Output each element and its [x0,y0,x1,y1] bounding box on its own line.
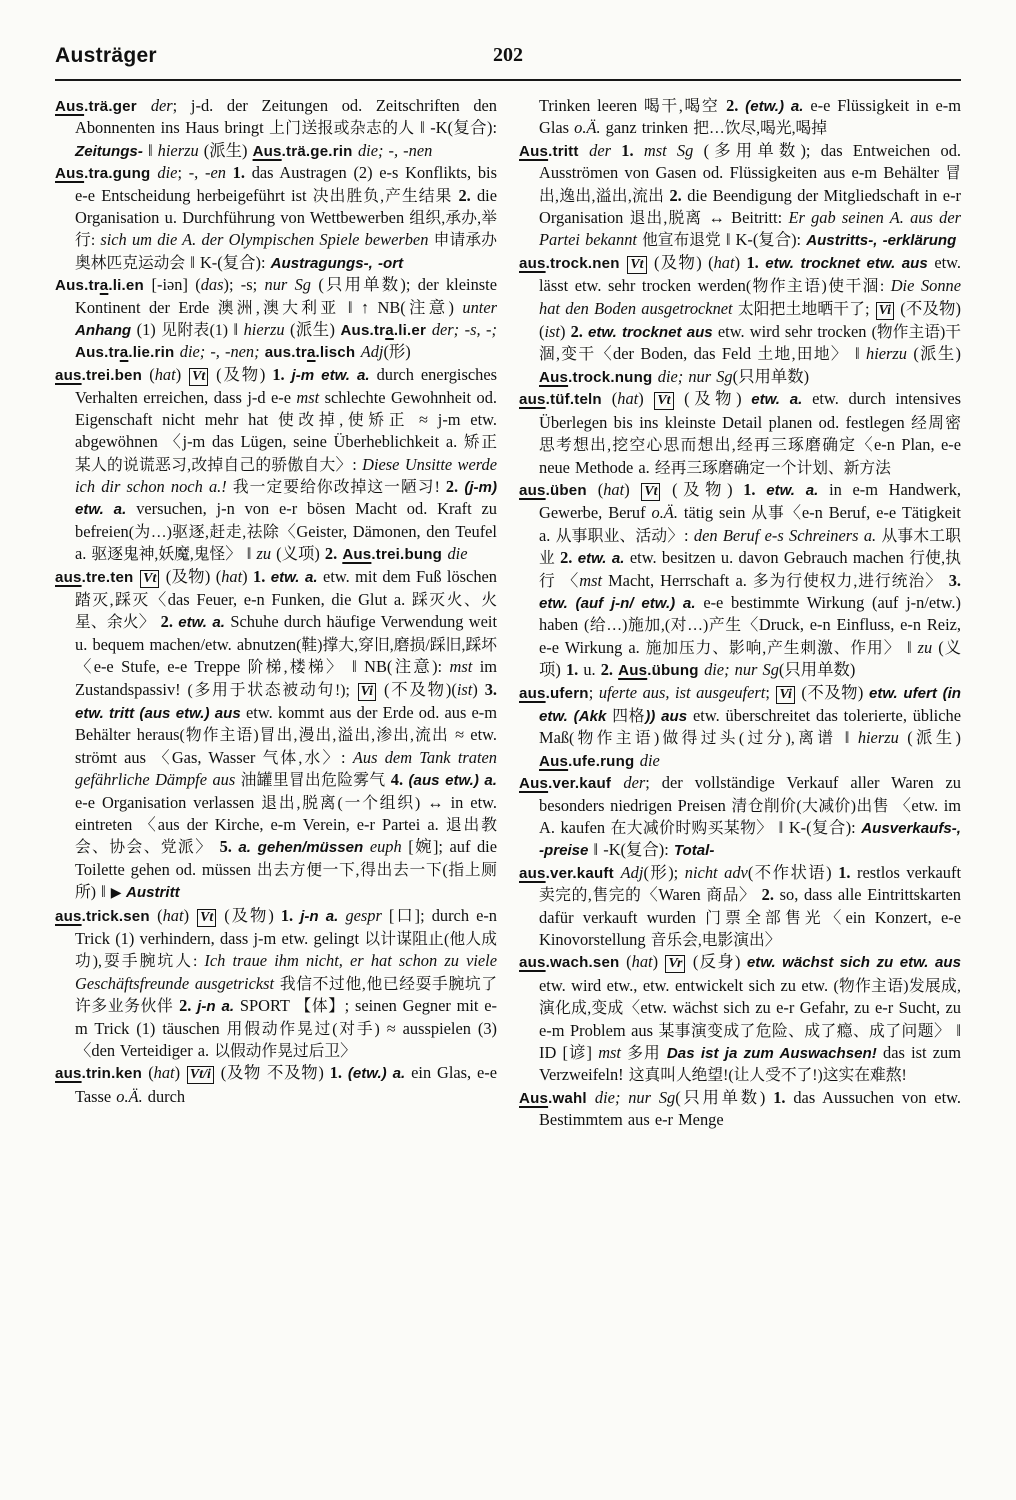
text-run: (及物) [217,906,281,925]
dict-entry-austragung: Aus.tra.gung die; -, -en 1. das Austrage… [55,162,497,274]
chinese-gloss: 我一定要给你改掉这一陋习! [233,479,446,496]
text-run: etw. a. [578,550,630,567]
grammar-box-label: Vt [140,570,159,588]
text-run: 2. [601,660,618,679]
text-run: 〉: [322,748,352,767]
grammar-box-label: Vi [358,683,376,701]
text-run: 5. [220,837,239,856]
text-run: 〉 [340,1041,356,1060]
headword: .trä.ge.rin [282,143,358,160]
text-run: Adj [621,863,644,882]
headword: .lie.rin [128,344,179,361]
headword: aus [519,685,546,702]
text-run: j-n a. [197,998,240,1015]
headword: Aus [342,546,371,563]
text-run: Austritt [126,884,180,901]
text-run: 2. [179,996,197,1015]
text-run: 〈Waren [641,885,706,904]
text-run: 1. [233,163,252,182]
text-run: hat [603,480,624,499]
text-run: 2. [446,477,464,496]
grammar-box-label: Vr [665,955,685,973]
text-run: (不作状语) [748,863,838,882]
headword: .trock.nung [568,369,658,386]
text-run: ) [176,365,188,384]
text-run: etw. trocknet etw. aus [765,255,934,272]
headword: Aus [253,143,282,160]
chinese-gloss: 气体,水 [263,750,323,767]
text-run: 〈das Feuer, e-n Funken, die Glut a. [150,590,412,609]
chinese-gloss: 以假动作晃过后卫 [214,1043,340,1060]
text-run: 〉 ‖ NB(注意): [326,657,449,676]
chinese-gloss: 门票全部售光 [705,910,825,927]
text-run: etw. wird sehr trocken [718,322,872,341]
chinese-gloss: 从事 [751,505,784,522]
chinese-gloss: 施加压力、影响,产生刺激、作用 [646,640,884,657]
text-run: zu [256,544,271,563]
text-run: o.Ä. [574,118,600,137]
chinese-gloss: 多用 [627,1045,667,1062]
text-run: 1. [621,141,644,160]
text-run: (aus etw.) a. [409,772,497,789]
headword: Aus [539,369,568,386]
right-column: Trinken leeren 喝干,喝空 2. (etw.) a. e-e Fl… [519,95,961,1131]
text-run: )) aus [645,708,693,725]
text-run: ist [544,322,560,341]
dict-entry-austritt: Aus.tritt der 1. mst Sg (多用单数); das Entw… [519,140,961,252]
text-run: ) [638,389,653,408]
chinese-gloss: (给…)施加,(对…)产生 [584,617,742,634]
text-run: o.Ä. [116,1087,142,1106]
text-run: hat [617,389,638,408]
chinese-gloss: 经再三琢磨确定一个计划、新方法 [655,460,891,477]
chinese-gloss: 某事演变成了危险、成了瘾、成了问题 [659,1023,934,1040]
text-run: ) [184,906,197,925]
headword: aus [519,482,546,499]
text-run: gespr [345,906,381,925]
text-run: euph [370,837,402,856]
page-header: Austräger 202 [55,44,961,74]
text-run: 2. [458,186,477,205]
headword: Aus.tr [75,344,120,361]
text-run: 〉: [667,526,693,545]
text-run: 1. [838,863,857,882]
headword: aus [519,255,546,272]
text-run: unter [462,298,497,317]
headword: aus.tr [265,344,307,361]
dict-entry-ausufern: aus.ufern; uferte aus, ist ausgeufert; V… [519,682,961,773]
text-run: ; -, [177,163,205,182]
chinese-gloss: (物作主语)使干涸: [746,278,891,295]
text-run: hierzu [858,728,899,747]
text-run: die; nur Sg [658,367,733,386]
text-run: (不及物) [796,683,869,702]
text-run: 〉 ‖ [225,544,256,563]
text-run: ‖ -K(复合): [415,118,497,137]
text-run: der [623,773,645,792]
headword: .tüf.teln [546,391,612,408]
headword: .trick.sen [82,908,158,925]
headword: .ufern [546,685,589,702]
page-number: 202 [55,44,961,67]
grammar-box-label: Vt [197,909,216,927]
dictionary-page: Austräger 202 Aus.trä.ger der; j-d. der … [0,0,1016,1131]
headword: aus [55,1065,82,1082]
dict-entry-ausueben: aus.üben (hat) Vt (及物) 1. etw. a. in e-m… [519,479,961,682]
chinese-gloss: 从事职业、活动 [556,528,668,545]
text-run: das [201,275,224,294]
text-run: der; -s, -; [432,320,497,339]
text-run: 〉 ‖ K-(复合): [756,818,861,837]
text-run: etw. tritt (aus etw.) aus [75,705,246,722]
text-run: Austragungs-, -ort [271,255,404,272]
text-run: ) [242,567,253,586]
text-run: ) [472,680,484,699]
headword: Aus [519,143,548,160]
dict-entry-austraeger: Aus.trä.ger der; j-d. der Zeitungen od. … [55,95,497,162]
text-run: 〉 [195,837,219,856]
text-run: (反身) [686,952,746,971]
dict-entry-australien: Aus.tra.li.en [-iən] (das); -s; nur Sg (… [55,274,497,364]
text-run: (只用单数) [779,660,855,679]
chinese-gloss: 清仓削价(大减价)出售 [731,798,888,815]
headword: aus [519,954,546,971]
text-run: SPORT [240,996,296,1015]
headword: Aus.tr [55,277,100,294]
text-run: sich um die A. der Olympischen Spiele be… [100,230,433,249]
text-run: ; [589,683,599,702]
dict-entry-auswahl: Aus.wahl die; nur Sg(只用单数) 1. das Aussuc… [519,1087,961,1131]
text-run: mst [296,388,319,407]
headword: aus [519,391,546,408]
text-run: hat [221,567,242,586]
text-run: nur Sg [265,275,311,294]
chinese-gloss: 【体】 [295,998,344,1015]
grammar-box-label: Vt [189,368,208,386]
headword: .tra.gung [84,165,157,182]
text-run: die; -, -nen [358,141,432,160]
headword: Aus [539,753,568,770]
text-run: 〉 [765,930,781,949]
text-run: etw. a. [766,482,829,499]
text-run: 〉 [925,571,949,590]
headword: .ver.kauf [548,775,623,792]
headword: Aus.tr [340,322,385,339]
text-run: ‖ -K(复合): [588,840,673,859]
chinese-gloss: 四格 [612,708,645,725]
text-run: (etw.) a. [745,98,810,115]
text-run: restlos verkauft [857,863,961,882]
text-run: ‖ [836,728,858,747]
text-run: (及物) [209,365,272,384]
text-run: hierzu [866,344,907,363]
text-run: 2. [726,96,745,115]
text-run: 4. [391,770,409,789]
chinese-gloss: 多为行使权力,进行统治 [753,573,925,590]
text-run: a. gehen/müssen [238,839,369,856]
text-run: ‖ ↑ NB(注意) [339,298,462,317]
columns: Aus.trä.ger der; j-d. der Zeitungen od. … [55,95,961,1131]
dict-entry-austreten: aus.tre.ten Vt (及物) (hat) 1. etw. a. etw… [55,566,497,905]
text-run: hierzu [244,320,285,339]
text-run: zu [918,638,933,657]
headword: a [307,344,316,361]
text-run: 3. [485,680,497,699]
text-run: etw. a. [271,569,323,586]
dict-entry-austreiben: aus.trei.ben (hat) Vt (及物) 1. j-m etw. a… [55,364,497,566]
chinese-gloss: 商品 [706,887,739,904]
headword: .trock.nen [546,255,627,272]
text-run: etw. (auf j-n/ etw.) a. [539,595,703,612]
chinese-gloss: (物作主语)冒出,漫出,溢出,渗出,流出 [180,727,449,744]
text-run: ganz trinken [601,118,694,137]
text-run: (etw.) a. [348,1065,411,1082]
headword: Aus [618,662,647,679]
chinese-gloss: 土地,田地 [757,346,830,363]
text-run: 〉 ‖ [831,344,866,363]
chinese-gloss: 驱逐鬼神,妖魔,鬼怪 [91,546,225,563]
chinese-gloss: 这真叫人绝望!(让人受不了!)这实在难熬! [629,1067,907,1084]
grammar-box-label: Vt/i [187,1066,214,1084]
text-run: nicht adv [685,863,748,882]
headword: Aus [519,775,548,792]
text-run: die [447,544,467,563]
text-run: die; nur Sg [595,1088,675,1107]
chinese-gloss: 见附表(1) [161,322,228,339]
headword: Aus [519,1090,548,1107]
text-run: 〉 ‖ [884,638,918,657]
headword: .lisch [316,344,361,361]
chinese-gloss: 用假动作晃过(对手) [227,1021,380,1038]
text-run: 1. [253,567,271,586]
headword: .wach.sen [546,954,627,971]
chinese-gloss: 他宣布退党 [642,232,721,249]
chinese-gloss: 卖完的,售完的 [539,887,641,904]
headword: .trei.bung [371,546,447,563]
text-run: ist [457,680,473,699]
headword: .li.er [394,322,432,339]
headword: Aus [55,98,84,115]
headword: .trä.ger [84,98,151,115]
chinese-gloss: 退出,脱离(一个组织) [261,795,420,812]
cross-ref-arrow-icon: ▶ [111,886,126,901]
text-run: die [640,751,660,770]
text-run: j-m etw. a. [292,367,377,384]
text-run: 〉 [739,885,762,904]
dict-entry-austuefteln: aus.tüf.teln (hat) Vt (及物) etw. a. etw. … [519,388,961,479]
text-run: mst [579,571,602,590]
dict-entry-austrinken: aus.trin.ken (hat) Vt/i (及物 不及物) 1. (etw… [55,1062,497,1107]
text-run: (派生) [199,141,253,160]
chinese-gloss: 决出胜负,产生结果 [313,188,459,205]
dict-entry-austrinken-cont: Trinken leeren 喝干,喝空 2. (etw.) a. e-e Fl… [519,95,961,140]
text-run: ↔ Beitritt: [702,208,788,227]
grammar-box-label: Vt [654,392,673,410]
text-run: durch [143,1087,185,1106]
text-run: (及物) [661,480,743,499]
chinese-gloss: 音乐会,电影演出 [651,932,765,949]
text-run: 〉 [139,612,161,631]
text-run: u. [583,660,600,679]
text-run: ) [735,253,747,272]
text-run: 〈e-e Stufe, e-e Treppe [75,657,248,676]
headword: aus [55,569,82,586]
text-run: 1. [272,365,291,384]
chinese-gloss: 退出,脱离 [630,210,703,227]
chinese-gloss: 把…饮尽,喝光,喝掉 [693,120,827,137]
headword: .wahl [548,1090,595,1107]
text-run: 2. [161,612,179,631]
text-run: Zeitungs- [75,143,143,160]
chinese-gloss: 喝干,喝空 [644,98,726,115]
text-run: ‖ K-(复合): [721,230,806,249]
text-run: (1) [131,320,161,339]
chinese-gloss: 油罐里冒出危险雾气 [241,772,391,789]
text-run: ‖ [96,882,111,901]
text-run: Macht, Herrschaft a. [602,571,753,590]
text-run: 2. [669,186,687,205]
text-run: etw. a. [178,614,230,631]
text-run: Trinken leeren [539,96,644,115]
headword: aus [55,367,82,384]
text-run: etw. mit dem Fuß löschen [323,567,497,586]
text-run: etw. besitzen u. davon Gebrauch machen [630,548,909,567]
text-run: etw. wächst sich zu etw. aus [747,954,961,971]
text-run: (不及物)( [377,680,457,699]
text-run: ) [560,322,571,341]
text-run: hierzu [158,141,199,160]
text-run: 1. [746,253,765,272]
dict-entry-austrocknen: aus.trock.nen Vt (及物) (hat) 1. etw. troc… [519,252,961,388]
chinese-gloss: (物作主语)做得过头(过分),离谱 [569,730,836,747]
text-run: (形) [383,342,410,361]
text-run: e-e Organisation verlassen [75,793,261,812]
chinese-gloss: (多用于状态被动句!); [188,682,357,699]
text-run: 2. [571,322,588,341]
chinese-gloss: 在大减价时购买某物 [611,820,757,837]
text-run: j-n a. [300,908,345,925]
text-run: ‖ K-(复合): [185,253,270,272]
headword: .tritt [548,143,589,160]
text-run: der [589,141,621,160]
headword: .li.en [108,277,151,294]
text-run: (派生) [899,728,961,747]
text-run: -en [205,163,233,182]
text-run: (义项) [271,544,325,563]
headword: .ufe.rung [568,753,640,770]
headword: .ver.kauft [546,865,621,882]
text-run: (派生) [907,344,961,363]
text-run: ) [653,952,665,971]
text-run: etw. a. [751,391,812,408]
grammar-box-label: Vt [641,483,660,501]
text-run: 〉: [336,455,363,474]
text-run: (及物) ( [160,567,221,586]
text-run: die; nur Sg [704,660,779,679]
headword: .tre.ten [82,569,140,586]
text-run: die; -, -nen; [180,342,265,361]
text-run: (及物) [675,389,752,408]
text-run: ) [175,1063,186,1082]
left-column: Aus.trä.ger der; j-d. der Zeitungen od. … [55,95,497,1131]
dict-entry-ausverkauf: Aus.ver.kauf der; der vollständige Verka… [519,772,961,862]
text-run: ‖ [228,320,244,339]
headword: aus [519,865,546,882]
text-run: hat [154,1063,175,1082]
dict-entry-auswachsen: aus.wach.sen (hat) Vr (反身) etw. wächst s… [519,951,961,1086]
text-run: 〈der Boden, das Feld [595,344,757,363]
text-run: 1. [773,1088,793,1107]
text-run: (派生) [285,320,341,339]
text-run: 1. [566,660,583,679]
headword: .trei.ben [82,367,150,384]
chinese-gloss: 使改掉,使矫正 [278,412,409,429]
text-run: 1. [330,1063,348,1082]
dict-entry-austricksen: aus.trick.sen (hat) Vt (及物) 1. j-n a. ge… [55,905,497,1063]
chinese-gloss: 澳洲,澳大利亚 [218,300,340,317]
text-run: [-iən] ( [152,275,201,294]
text-run: ); -s; [223,275,264,294]
text-run: mst Sg [644,141,693,160]
text-run: ; [765,683,775,702]
text-run: 3. [949,571,961,590]
headword: .übung [647,662,704,679]
text-run: 〈 [556,571,580,590]
text-run: hat [155,365,176,384]
text-run: Anhang [75,322,131,339]
header-rule [55,79,961,81]
text-run: (及物) ( [648,253,714,272]
chinese-gloss: 太阳把土地晒干了; [738,301,875,318]
text-run: (及物 不及物) [215,1063,330,1082]
grammar-box-label: Vi [876,302,894,320]
text-run: 2. [560,548,578,567]
text-run: uferte aus, ist ausgeufert [599,683,766,702]
text-run: Adj [361,342,384,361]
text-run: mst [450,657,473,676]
headword: a [385,322,394,339]
text-run: hat [632,952,653,971]
text-run: (形); [643,863,684,882]
text-run: mst [598,1043,627,1062]
text-run: der [151,96,173,115]
text-run: 2. [762,885,780,904]
chinese-gloss: (为…)驱逐,赶走,祛除 [129,524,280,541]
text-run: hat [714,253,735,272]
text-run: ) [624,480,640,499]
headword: aus [55,908,82,925]
text-run: 1. [743,480,766,499]
text-run: den Beruf e-s Schreiners a. [694,526,882,545]
headword: .trin.ken [82,1065,149,1082]
text-run: o.Ä. [652,503,678,522]
chinese-gloss: 踏灭,踩灭 [75,592,150,609]
dict-entry-ausverkauft: aus.ver.kauft Adj(形); nicht adv(不作状语) 1.… [519,862,961,952]
text-run: tätig sein [678,503,751,522]
headword: .üben [546,482,598,499]
text-run: (只用单数) [733,367,809,386]
chinese-gloss: (鞋)撑大,穿旧,磨损/踩旧,踩坏 [296,637,497,654]
text-run: Total- [674,842,714,859]
chinese-gloss: 上门送报或杂志的人 [269,120,414,137]
text-run: ‖ [143,141,158,160]
text-run: 2. [325,544,342,563]
text-run: Austritts-, -erklärung [806,232,956,249]
text-run: (只用单数) [675,1088,773,1107]
grammar-box-label: Vt [627,256,646,274]
text-run: etw. trocknet aus [588,324,718,341]
text-run: Das ist ja zum Auswachsen! [667,1045,883,1062]
